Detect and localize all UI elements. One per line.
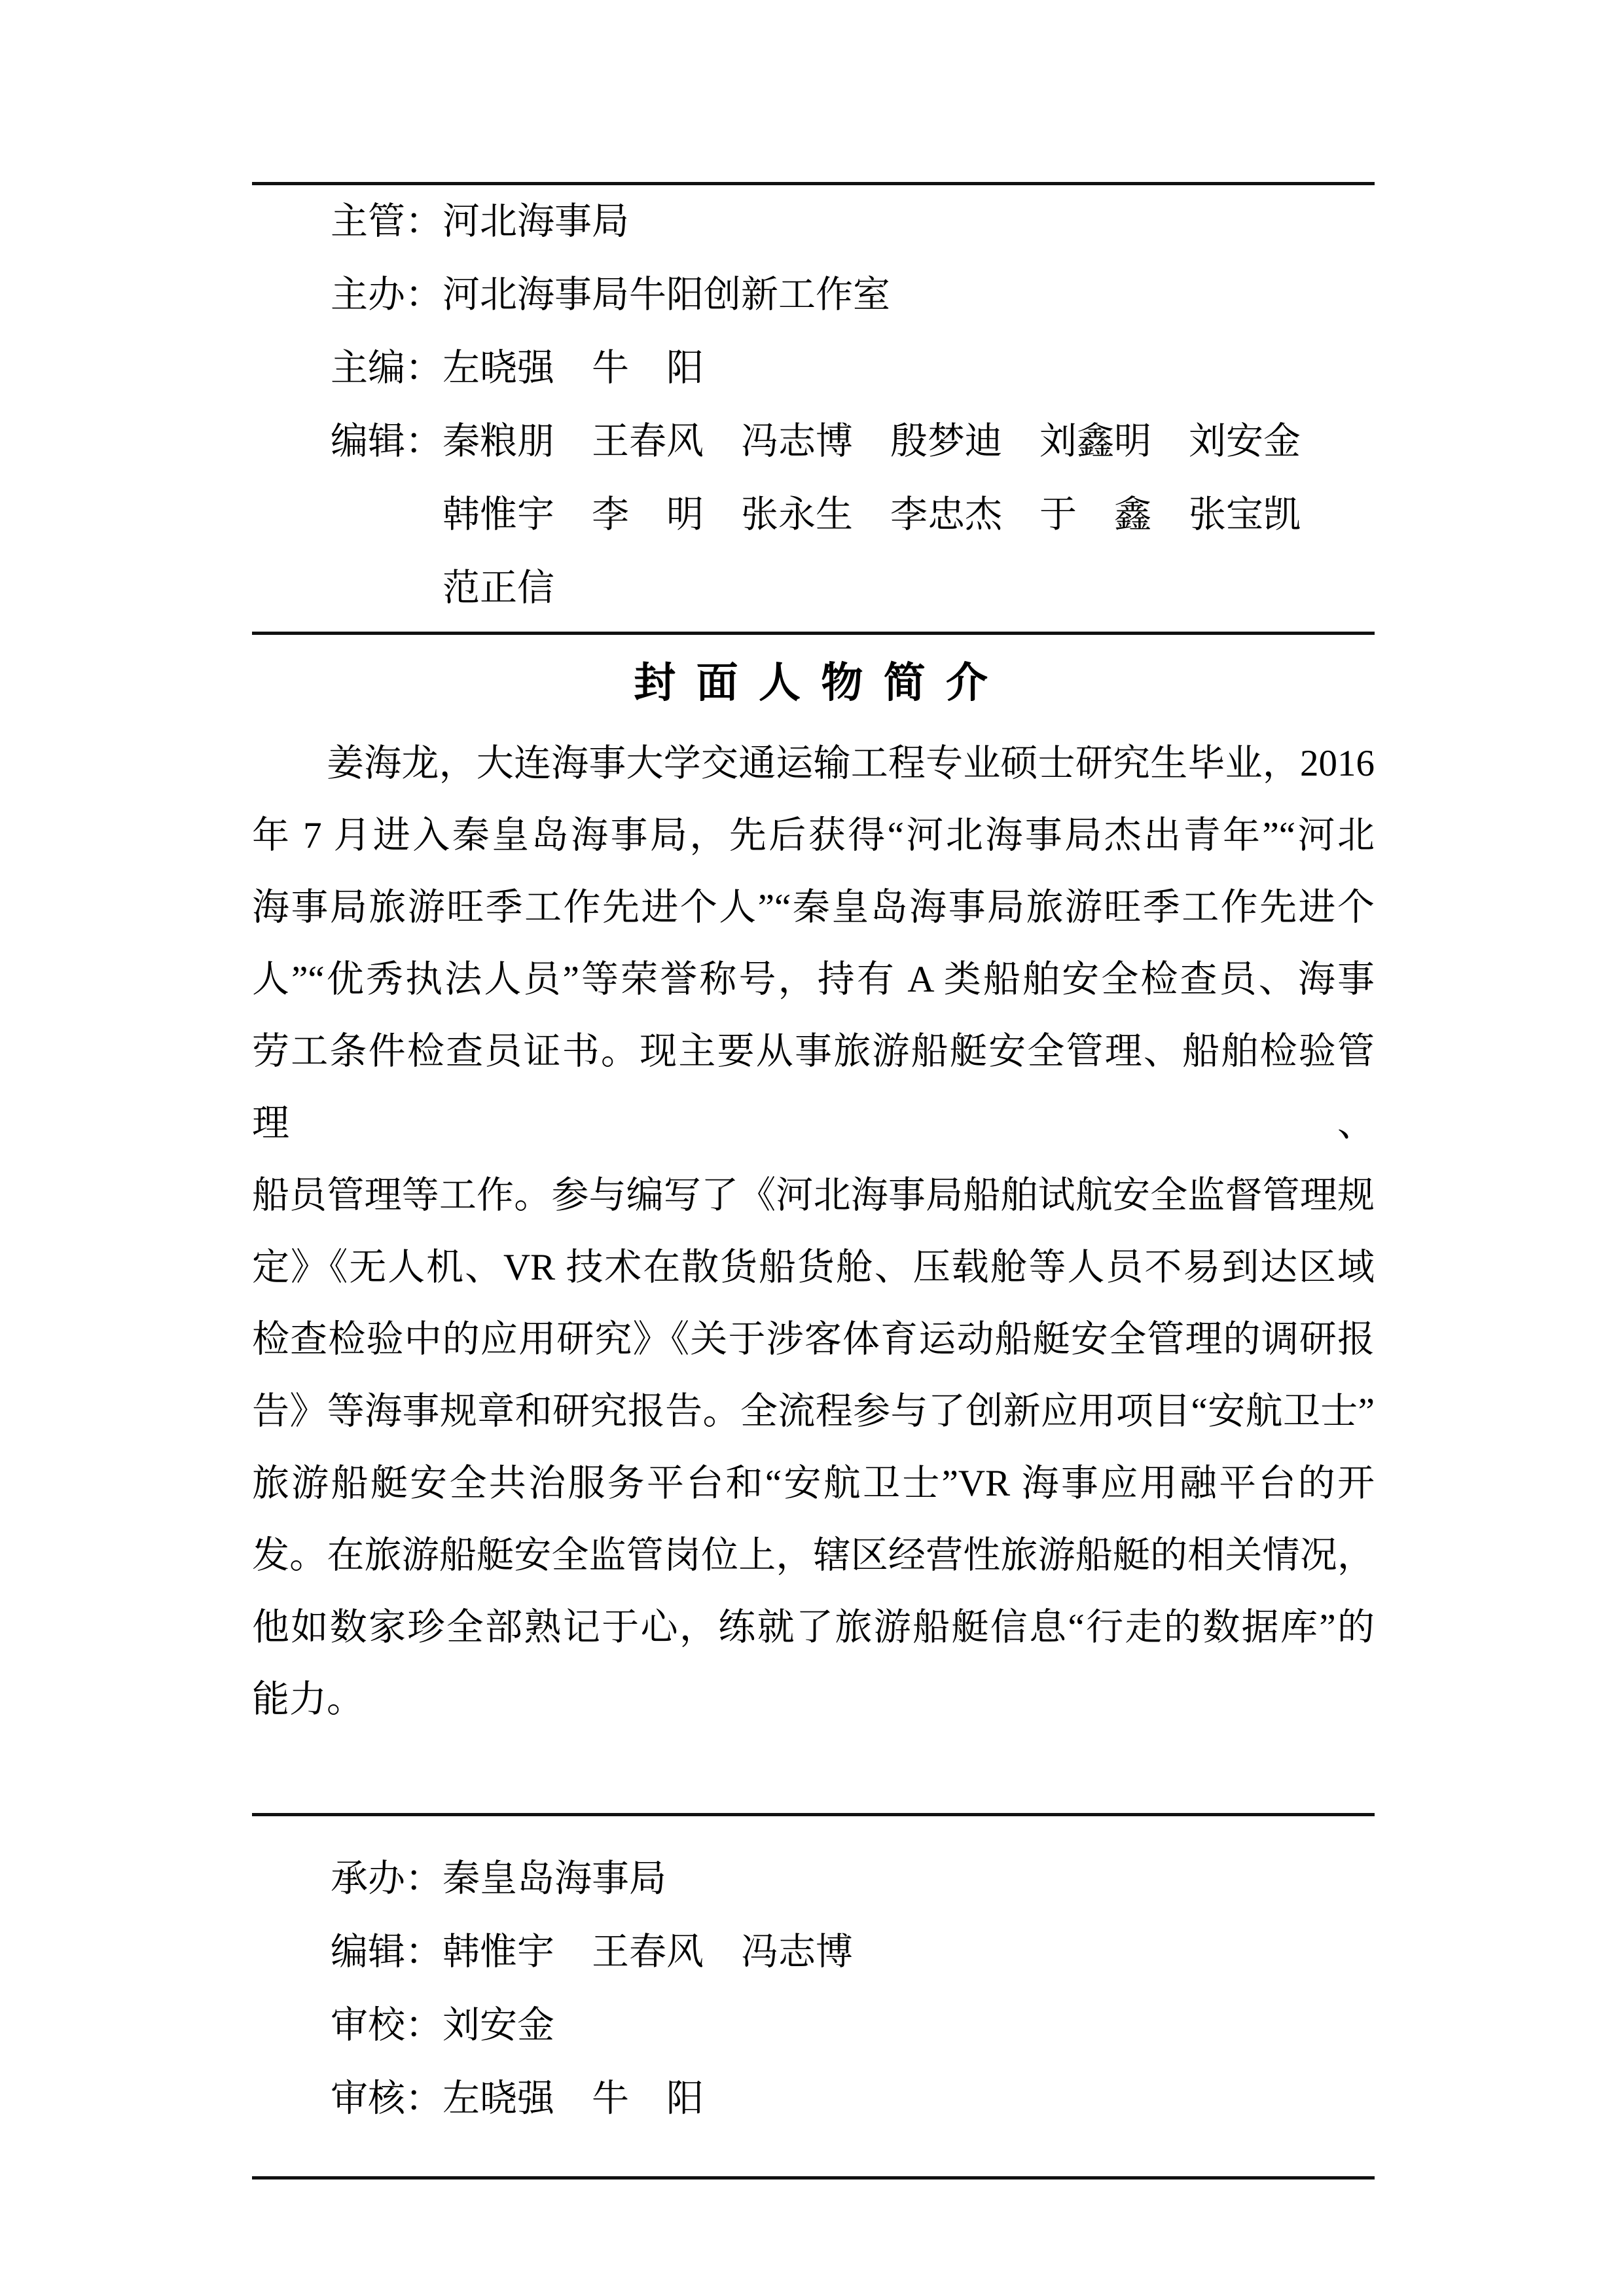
masthead-row-editors-2: 韩惟宇 李 明 张永生 李忠杰 于 鑫 张宝凯 xyxy=(252,478,1375,552)
masthead-row-chief-editor: 主编：左晓强 牛 阳 xyxy=(252,332,1375,405)
paragraph-line: 定》《无人机、VR 技术在散货船货舱、压载舱等人员不易到达区域 xyxy=(252,1232,1375,1304)
paragraph-line: 他如数家珍全部熟记于心，练就了旅游船艇信息“行走的数据库”的 xyxy=(252,1592,1375,1664)
profile-heading: 封 面 人 物 简 介 xyxy=(252,657,1375,709)
credit-label: 承办： xyxy=(331,1842,442,1916)
credit-label: 审核： xyxy=(331,2062,442,2136)
credit-value: 刘安金 xyxy=(442,2005,554,2046)
paragraph-line: 检查检验中的应用研究》《关于涉客体育运动船艇安全管理的调研报 xyxy=(252,1304,1375,1376)
paragraph-line: 年 7 月进入秦皇岛海事局，先后获得“河北海事局杰出青年”“河北 xyxy=(252,800,1375,872)
credit-label: 主编： xyxy=(331,332,442,405)
paragraph-line: 船员管理等工作。参与编写了《河北海事局船舶试航安全监督管理规 xyxy=(252,1160,1375,1232)
masthead-row-organizer: 主办：河北海事局牛阳创新工作室 xyxy=(252,259,1375,332)
paragraph-line: 姜海龙，大连海事大学交通运输工程专业硕士研究生毕业，2016 xyxy=(252,728,1375,800)
credit-value: 秦皇岛海事局 xyxy=(442,1858,666,1899)
masthead-row-supervisor: 主管：河北海事局 xyxy=(252,185,1375,259)
document-page: 主管：河北海事局 主办：河北海事局牛阳创新工作室 主编：左晓强 牛 阳 编辑：秦… xyxy=(0,0,1624,2296)
text-column: 主管：河北海事局 主办：河北海事局牛阳创新工作室 主编：左晓强 牛 阳 编辑：秦… xyxy=(252,0,1375,2179)
credit-value: 左晓强 牛 阳 xyxy=(442,348,704,389)
bottom-divider xyxy=(252,2176,1375,2179)
credit-label: 审校： xyxy=(331,1989,442,2062)
footer-row-proofreader: 审校：刘安金 xyxy=(252,1989,1375,2062)
credit-value: 韩惟宇 李 明 张永生 李忠杰 于 鑫 张宝凯 xyxy=(442,494,1301,535)
credit-label: 编辑： xyxy=(331,1916,442,1989)
profile-paragraph: 姜海龙，大连海事大学交通运输工程专业硕士研究生毕业，2016 年 7 月进入秦皇… xyxy=(252,728,1375,1736)
paragraph-line: 告》等海事规章和研究报告。全流程参与了创新应用项目“安航卫士” xyxy=(252,1376,1375,1448)
credit-label: 主管： xyxy=(331,185,442,259)
credit-value: 河北海事局 xyxy=(442,201,629,242)
footer-section: 承办：秦皇岛海事局 编辑：韩惟宇 王春风 冯志博 审校：刘安金 审核：左晓强 牛… xyxy=(252,1816,1375,2136)
credit-value: 秦粮朋 王春风 冯志博 殷梦迪 刘鑫明 刘安金 xyxy=(442,421,1301,462)
credit-value: 韩惟宇 王春风 冯志博 xyxy=(442,1931,853,1973)
paragraph-line: 劳工条件检查员证书。现主要从事旅游船艇安全管理、船舶检验管理、 xyxy=(252,1016,1375,1160)
masthead-divider xyxy=(252,632,1375,635)
paragraph-line: 旅游船艇安全共治服务平台和“安航卫士”VR 海事应用融平台的开 xyxy=(252,1448,1375,1520)
paragraph-line: 海事局旅游旺季工作先进个人”“秦皇岛海事局旅游旺季工作先进个 xyxy=(252,872,1375,944)
masthead-row-editors-1: 编辑：秦粮朋 王春风 冯志博 殷梦迪 刘鑫明 刘安金 xyxy=(252,405,1375,478)
paragraph-line: 发。在旅游船艇安全监管岗位上，辖区经营性旅游船艇的相关情况， xyxy=(252,1520,1375,1592)
masthead-section: 主管：河北海事局 主办：河北海事局牛阳创新工作室 主编：左晓强 牛 阳 编辑：秦… xyxy=(252,185,1375,625)
cover-profile-section: 封 面 人 物 简 介 姜海龙，大连海事大学交通运输工程专业硕士研究生毕业，20… xyxy=(252,657,1375,1736)
paragraph-line: 人”“优秀执法人员”等荣誉称号，持有 A 类船舶安全检查员、海事 xyxy=(252,944,1375,1016)
masthead-row-editors-3: 范正信 xyxy=(252,552,1375,625)
credit-label: 编辑： xyxy=(331,405,442,478)
footer-row-editors: 编辑：韩惟宇 王春风 冯志博 xyxy=(252,1916,1375,1989)
footer-row-undertaker: 承办：秦皇岛海事局 xyxy=(252,1842,1375,1916)
paragraph-line: 能力。 xyxy=(252,1664,1375,1736)
credit-value: 范正信 xyxy=(442,567,554,609)
footer-row-reviewer: 审核：左晓强 牛 阳 xyxy=(252,2062,1375,2136)
credit-value: 河北海事局牛阳创新工作室 xyxy=(442,274,890,315)
credit-label: 主办： xyxy=(331,259,442,332)
credit-value: 左晓强 牛 阳 xyxy=(442,2078,704,2119)
